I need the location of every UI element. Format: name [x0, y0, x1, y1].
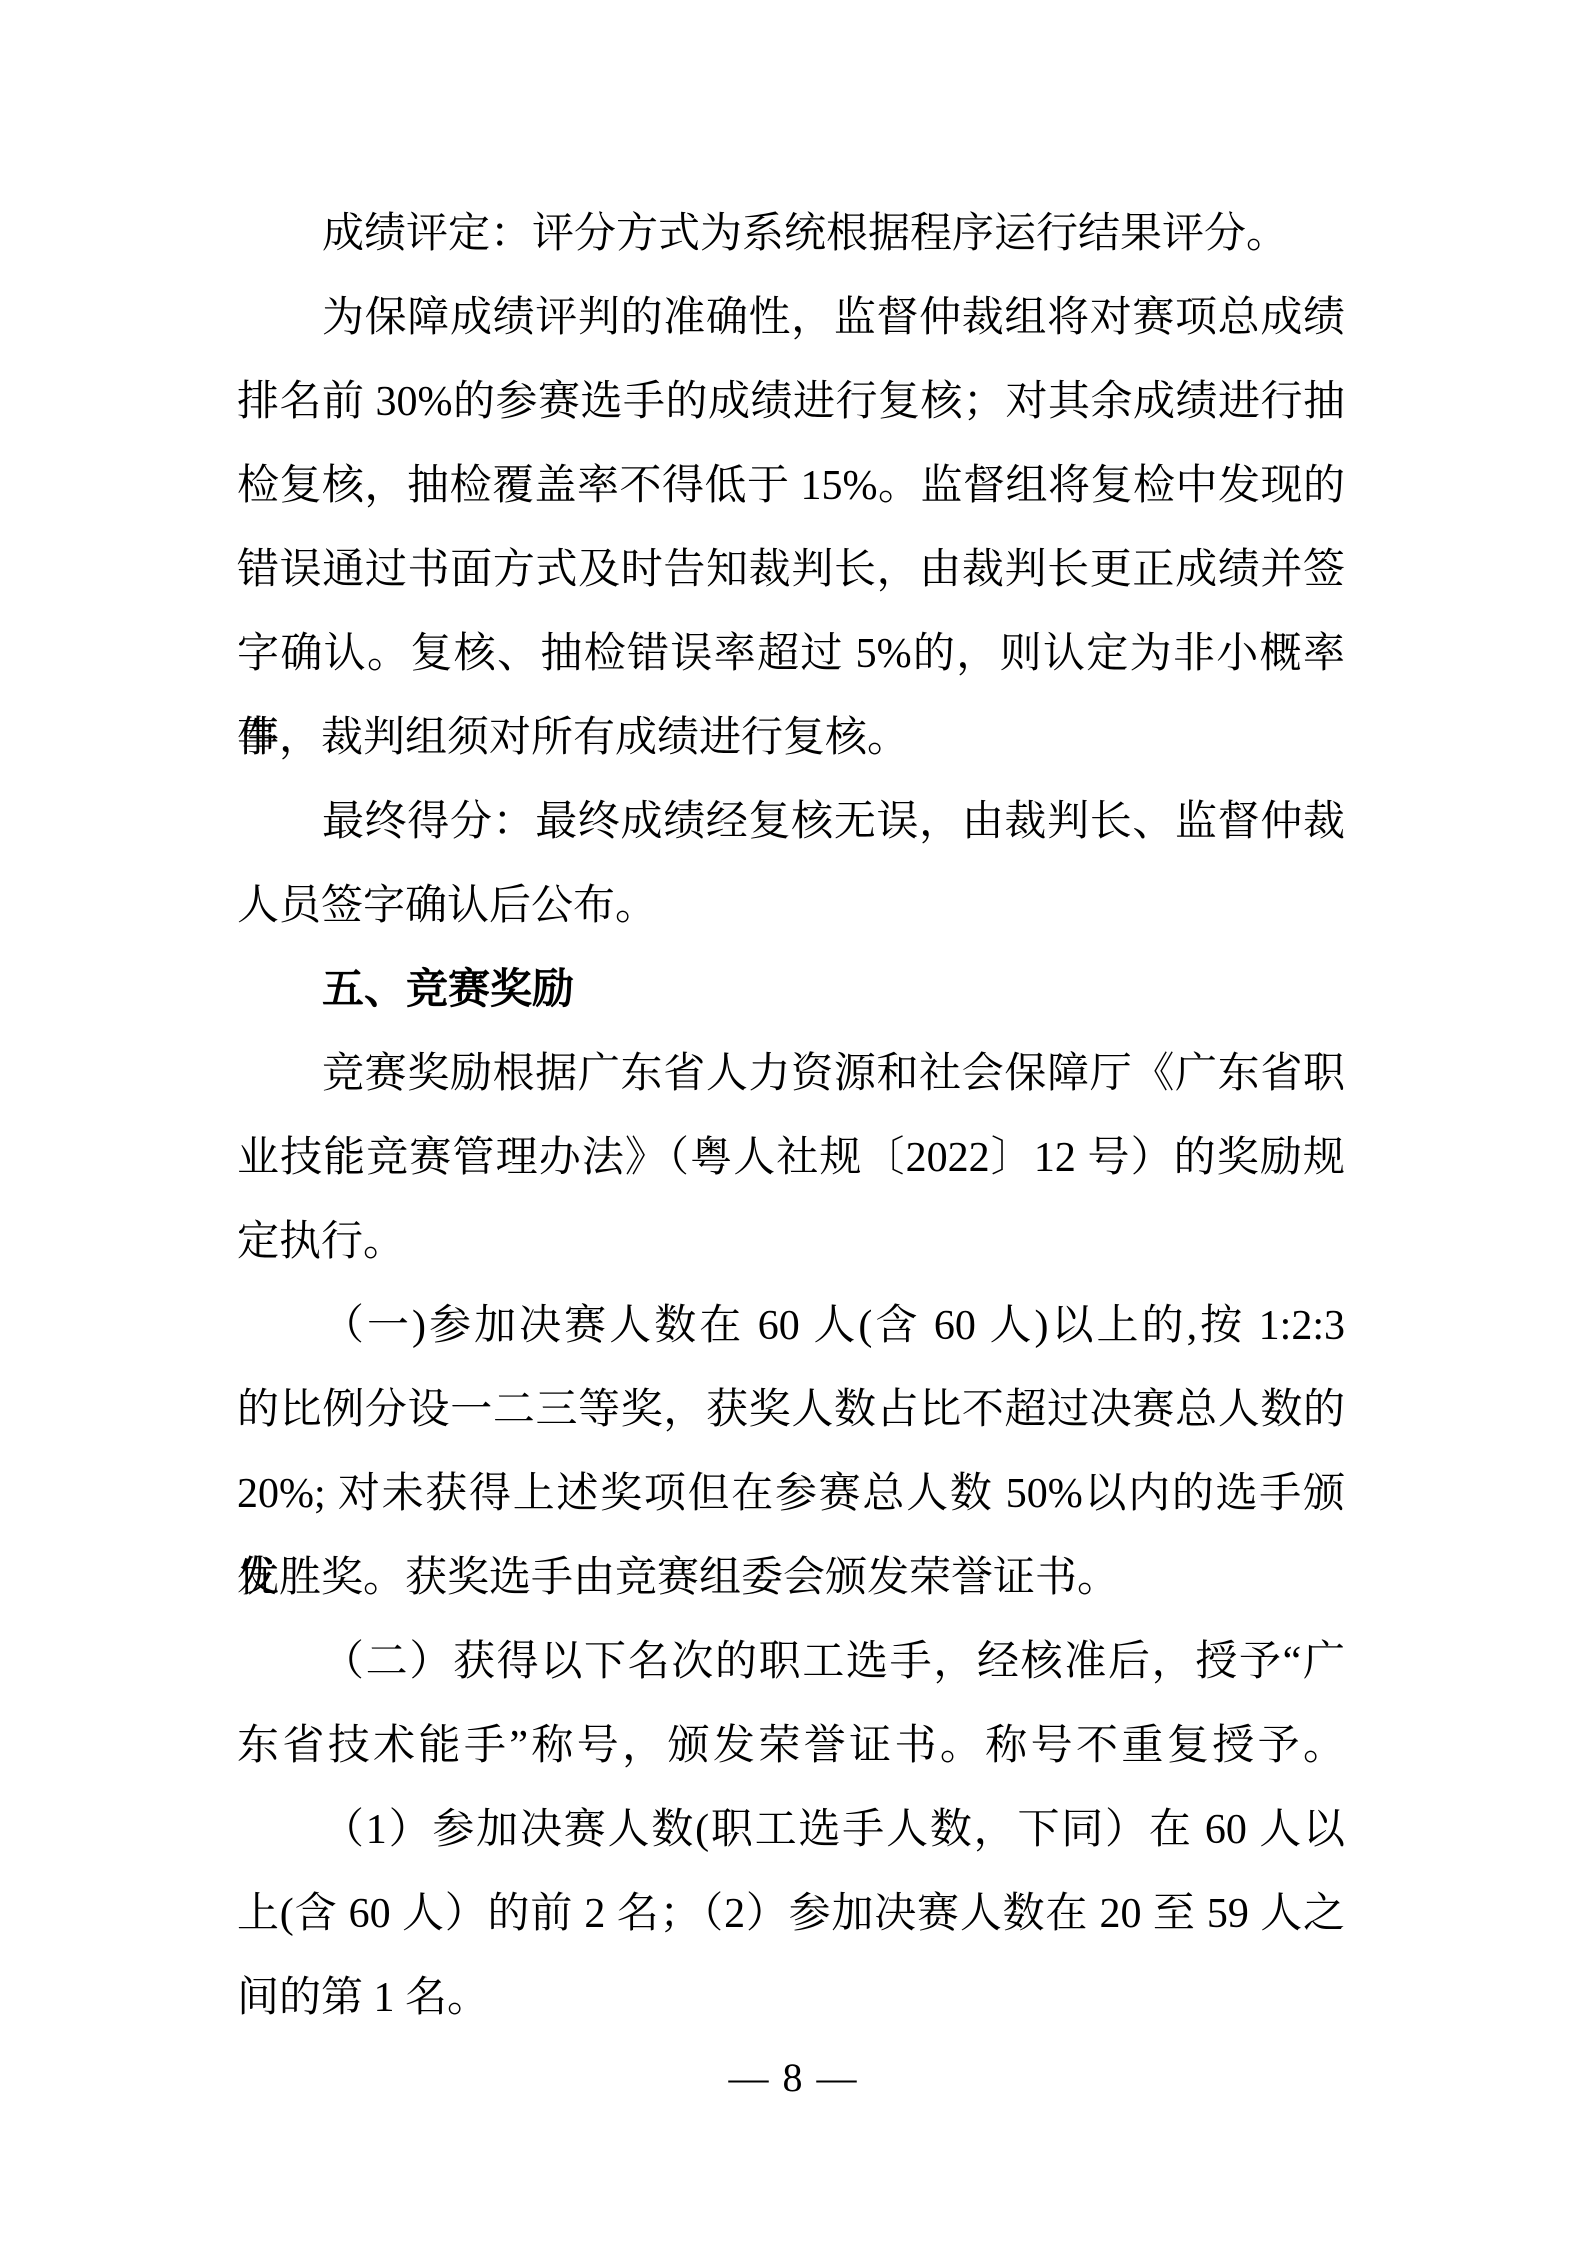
text-line: 上(含 60 人）的前 2 名；（2）参加决赛人数在 20 至 59 人之 — [237, 1872, 1345, 1956]
text-line: 最终得分：最终成绩经复核无误，由裁判长、监督仲裁 — [237, 780, 1345, 864]
text-line: （二）获得以下名次的职工选手，经核准后，授予“广 — [237, 1620, 1345, 1704]
text-line: 为保障成绩评判的准确性，监督仲裁组将对赛项总成绩 — [237, 276, 1345, 360]
text-line: 成绩评定：评分方式为系统根据程序运行结果评分。 — [237, 192, 1345, 276]
text-line: 检复核，抽检覆盖率不得低于 15%。监督组将复检中发现的 — [237, 444, 1345, 528]
text-line: 东省技术能手”称号，颁发荣誉证书。称号不重复授予。 — [237, 1704, 1345, 1788]
text-line: 定执行。 — [237, 1200, 1345, 1284]
text-line: 人员签字确认后公布。 — [237, 864, 1345, 948]
text-line: 优胜奖。获奖选手由竞赛组委会颁发荣誉证书。 — [237, 1536, 1345, 1620]
text-line: 字确认。复核、抽检错误率超过 5%的，则认定为非小概率事 — [237, 612, 1345, 696]
document-text-block: 成绩评定：评分方式为系统根据程序运行结果评分。 为保障成绩评判的准确性，监督仲裁… — [237, 192, 1345, 2040]
text-line: 业技能竞赛管理办法》（粤人社规〔2022〕12 号）的奖励规 — [237, 1116, 1345, 1200]
text-line: 的比例分设一二三等奖，获奖人数占比不超过决赛总人数的 — [237, 1368, 1345, 1452]
page-number: — 8 — — [0, 2052, 1587, 2104]
text-line: 竞赛奖励根据广东省人力资源和社会保障厅《广东省职 — [237, 1032, 1345, 1116]
text-line: 间的第 1 名。 — [237, 1956, 1345, 2040]
document-page: 成绩评定：评分方式为系统根据程序运行结果评分。 为保障成绩评判的准确性，监督仲裁… — [0, 0, 1587, 2245]
text-line: （1）参加决赛人数(职工选手人数，下同）在 60 人以 — [237, 1788, 1345, 1872]
text-line: 错误通过书面方式及时告知裁判长，由裁判长更正成绩并签 — [237, 528, 1345, 612]
text-line: 件，裁判组须对所有成绩进行复核。 — [237, 696, 1345, 780]
text-line: 20%; 对未获得上述奖项但在参赛总人数 50%以内的选手颁发 — [237, 1452, 1345, 1536]
text-line: 排名前 30%的参赛选手的成绩进行复核；对其余成绩进行抽 — [237, 360, 1345, 444]
text-line: （一)参加决赛人数在 60 人(含 60 人)以上的,按 1:2:3 — [237, 1284, 1345, 1368]
section-heading: 五、竞赛奖励 — [237, 948, 1345, 1032]
